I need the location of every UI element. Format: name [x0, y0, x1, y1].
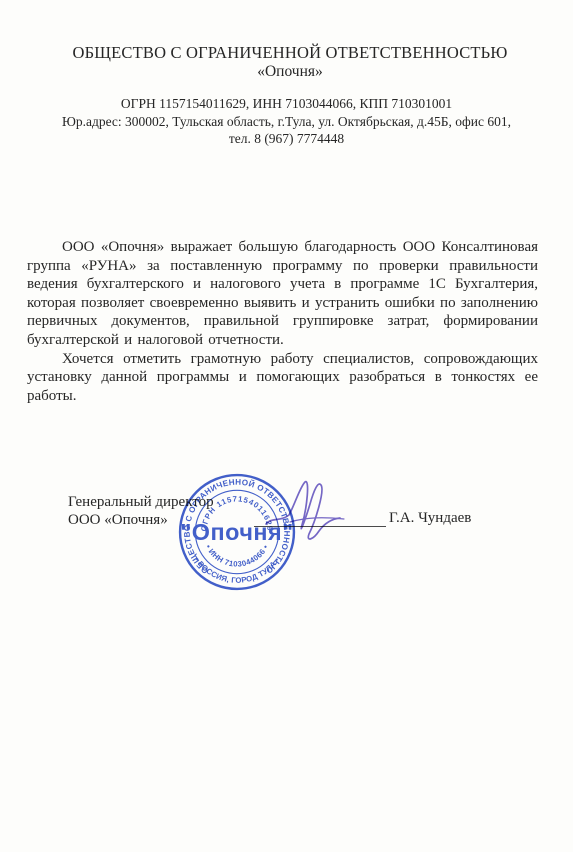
letter-paragraph: ООО «Опочня» выражает большую благодарно…	[27, 238, 538, 350]
company-name-full: ОБЩЕСТВО С ОГРАНИЧЕННОЙ ОТВЕТСТВЕННОСТЬЮ	[30, 44, 550, 62]
legal-address-line: Юр.адрес: 300002, Тульская область, г.Ту…	[20, 113, 553, 131]
handwritten-signature	[252, 462, 382, 552]
letterhead: ОБЩЕСТВО С ОГРАНИЧЕННОЙ ОТВЕТСТВЕННОСТЬЮ…	[30, 44, 550, 81]
phone-line: тел. 8 (967) 7774448	[20, 130, 553, 148]
letter-body: ООО «Опочня» выражает большую благодарно…	[27, 238, 538, 405]
company-name-short: «Опочня»	[30, 63, 550, 81]
registration-numbers-line: ОГРН 1157154011629, ИНН 7103044066, КПП …	[20, 95, 553, 113]
signature-stroke	[266, 482, 340, 539]
company-requisites: ОГРН 1157154011629, ИНН 7103044066, КПП …	[20, 95, 553, 148]
signature-cross-stroke	[290, 518, 344, 522]
letter-paragraph: Хочется отметить грамотную работу специа…	[27, 350, 538, 406]
signer-name: Г.А. Чундаев	[389, 510, 471, 527]
scanned-letter-page: ОБЩЕСТВО С ОГРАНИЧЕННОЙ ОТВЕТСТВЕННОСТЬЮ…	[0, 0, 573, 852]
